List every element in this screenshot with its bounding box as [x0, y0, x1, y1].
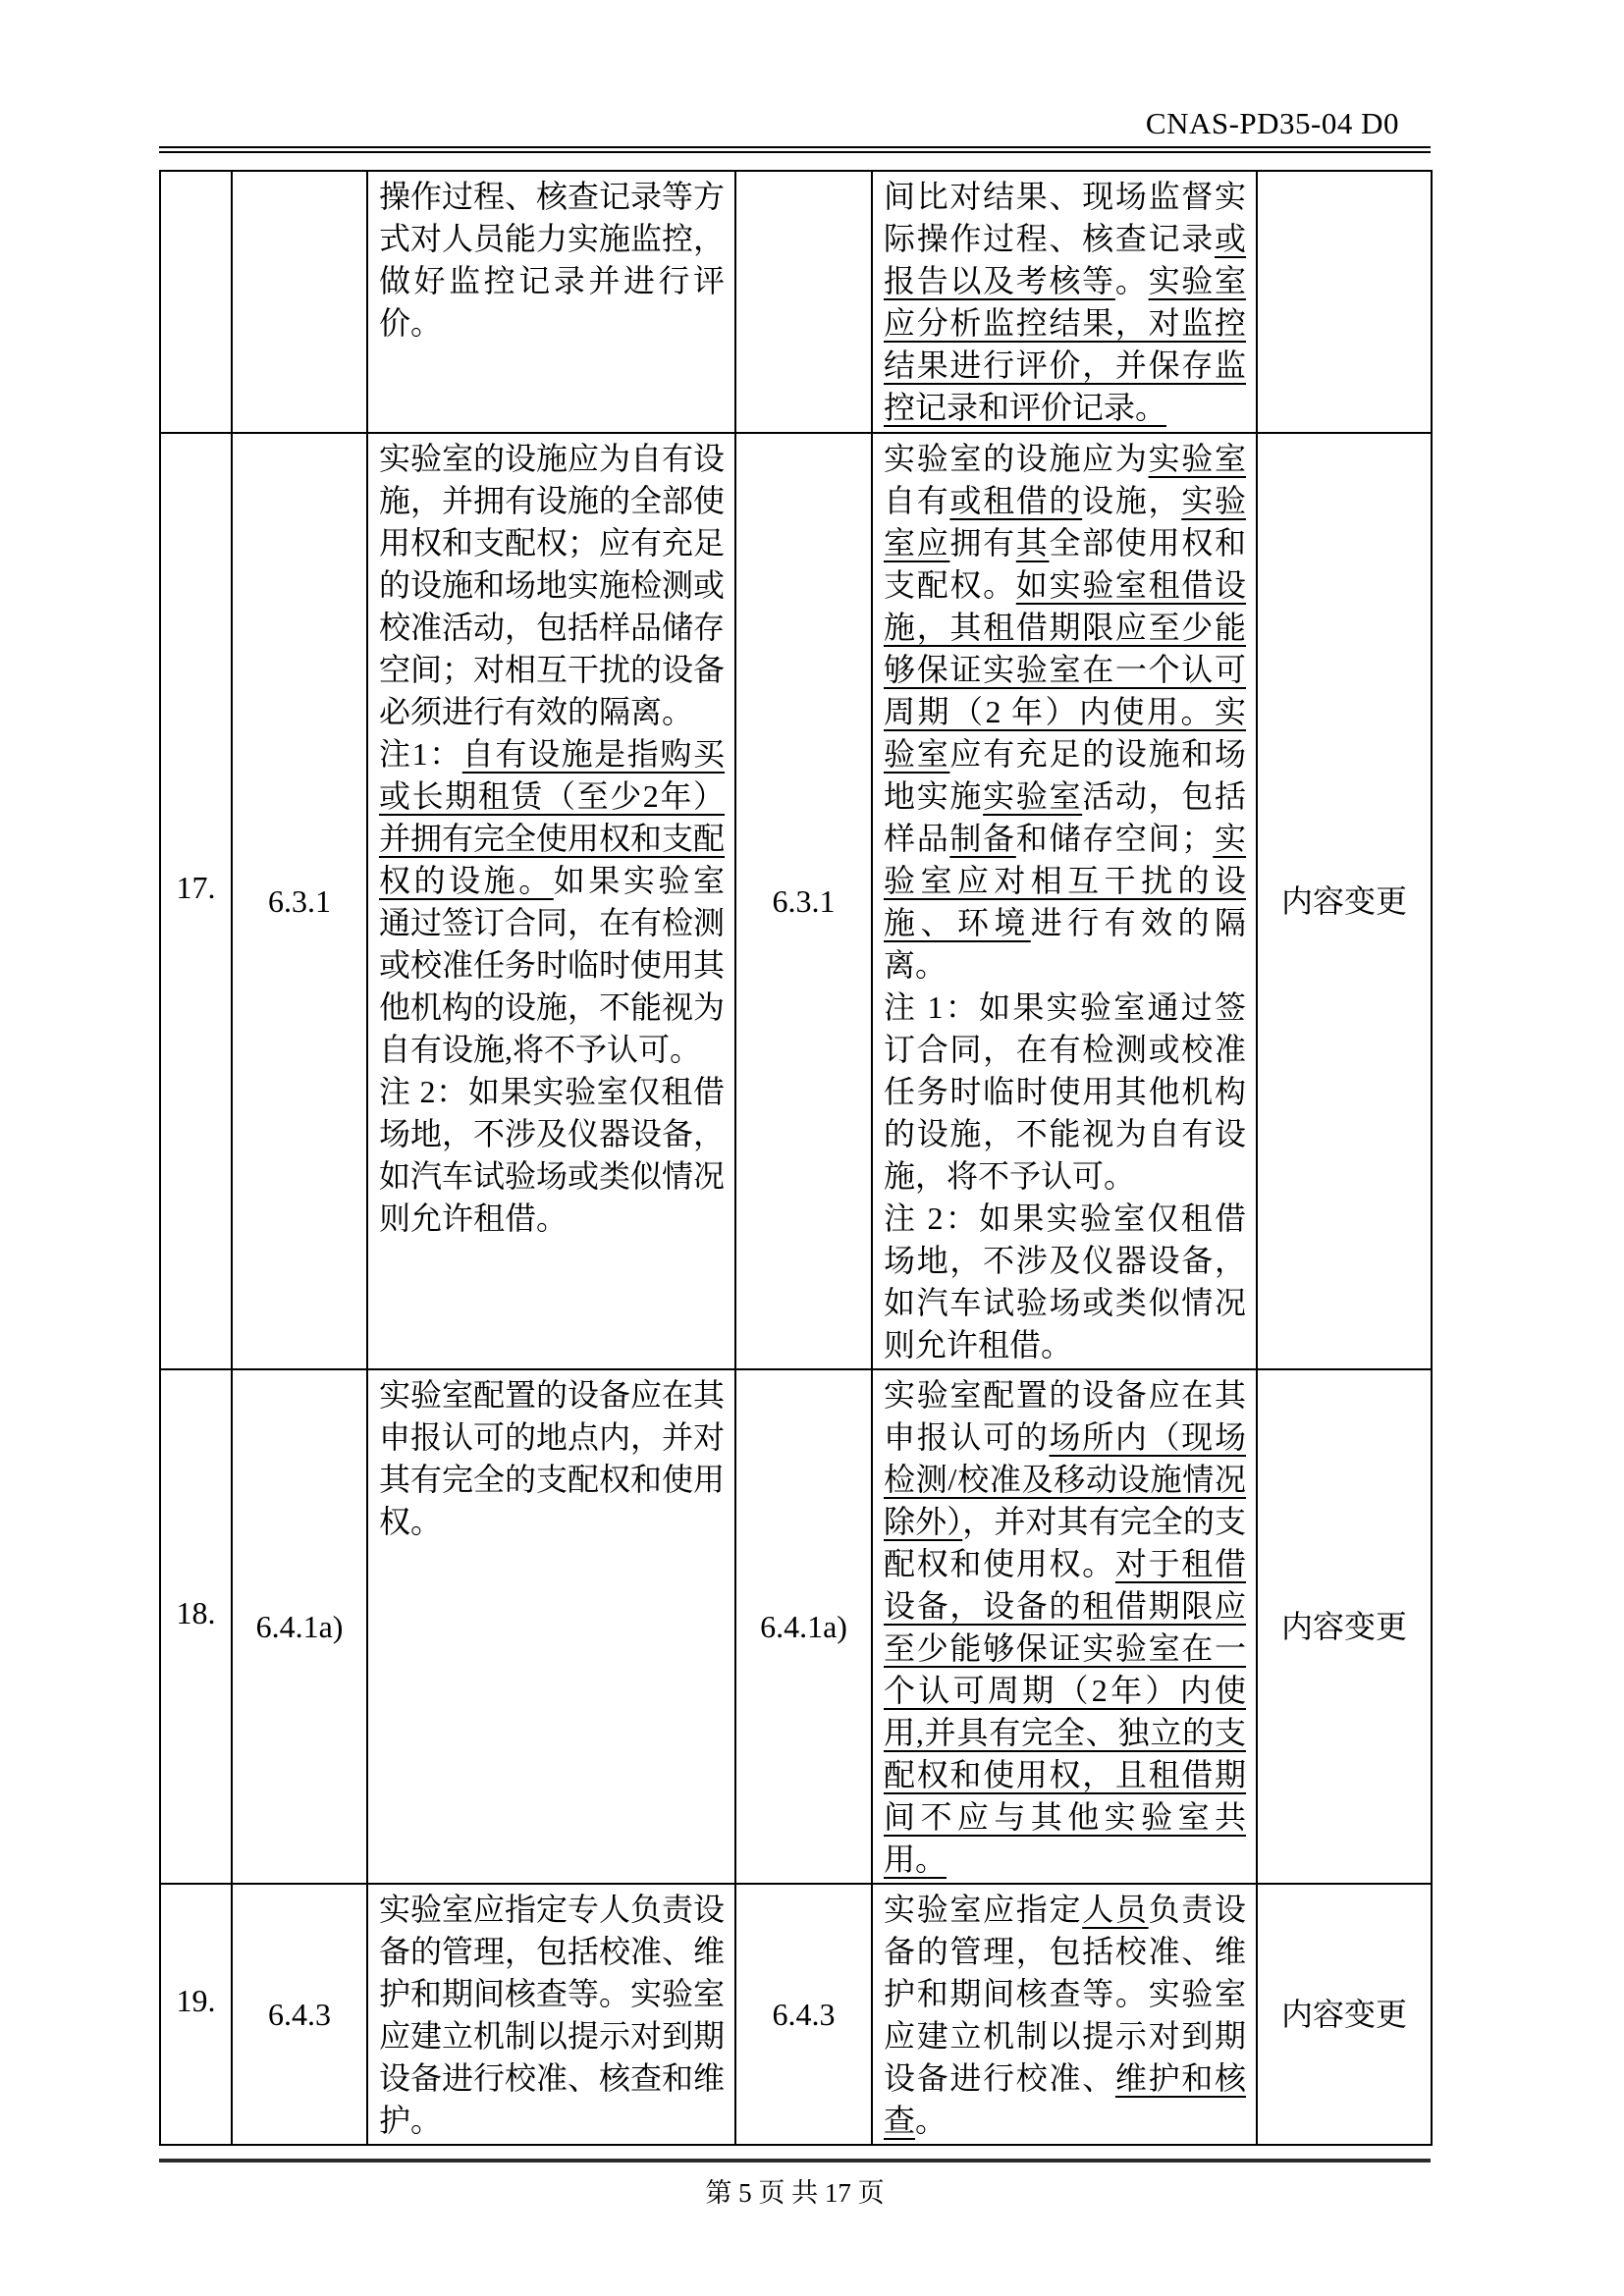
- new-text-cell: 间比对结果、现场监督实际操作过程、核查记录或报告以及考核等。实验室应分析监控结果…: [872, 171, 1257, 433]
- document-code: CNAS-PD35-04 D0: [159, 106, 1431, 141]
- new-text-cell: 实验室的设施应为实验室自有或租借的设施，实验室应拥有其全部使用权和支配权。如实验…: [872, 433, 1257, 1369]
- old-text-cell: 操作过程、核查记录等方式对人员能力实施监控，做好监控记录并进行评价。: [367, 171, 735, 433]
- row-number-cell: [160, 171, 232, 433]
- row-number: 18.: [177, 1595, 216, 1630]
- document-page: CNAS-PD35-04 D0 操作过程、核查记录等方式对人员能力实施监控，做好…: [0, 0, 1624, 2296]
- footer-rule: [159, 2159, 1431, 2163]
- new-text-cell: 实验室配置的设备应在其申报认可的场所内（现场检测/校准及移动设施情况除外），并对…: [872, 1369, 1257, 1884]
- status-cell: [1257, 171, 1432, 433]
- table-row: 17. 6.3.1 实验室的设施应为自有设施，并拥有设施的全部使用权和支配权；应…: [160, 433, 1432, 1369]
- old-text-cell: 实验室应指定专人负责设备的管理，包括校准、维护和期间核查等。实验室应建立机制以提…: [367, 1884, 735, 2145]
- table-row: 操作过程、核查记录等方式对人员能力实施监控，做好监控记录并进行评价。 间比对结果…: [160, 171, 1432, 433]
- page-number: 第 5 页 共 17 页: [159, 2171, 1431, 2210]
- old-clause-cell: [232, 171, 367, 433]
- status-cell: 内容变更: [1257, 1884, 1432, 2145]
- new-clause-cell: 6.4.3: [735, 1884, 872, 2145]
- new-clause-cell: 6.4.1a): [735, 1369, 872, 1884]
- new-clause-cell: [735, 171, 872, 433]
- row-number-cell: 19.: [160, 1884, 232, 2145]
- old-clause-cell: 6.3.1: [232, 433, 367, 1369]
- row-number: 17.: [177, 870, 216, 905]
- table-row: 18. 6.4.1a) 实验室配置的设备应在其申报认可的地点内，并对其有完全的支…: [160, 1369, 1432, 1884]
- row-number-cell: 18.: [160, 1369, 232, 1884]
- old-text-cell: 实验室的设施应为自有设施，并拥有设施的全部使用权和支配权；应有充足的设施和场地实…: [367, 433, 735, 1369]
- status-cell: 内容变更: [1257, 433, 1432, 1369]
- header-rule: [159, 146, 1431, 153]
- new-text-cell: 实验室应指定人员负责设备的管理，包括校准、维护和期间核查等。实验室应建立机制以提…: [872, 1884, 1257, 2145]
- status-cell: 内容变更: [1257, 1369, 1432, 1884]
- old-clause-cell: 6.4.3: [232, 1884, 367, 2145]
- row-number: 19.: [177, 1983, 216, 2018]
- comparison-table: 操作过程、核查记录等方式对人员能力实施监控，做好监控记录并进行评价。 间比对结果…: [159, 170, 1433, 2146]
- old-text-cell: 实验室配置的设备应在其申报认可的地点内，并对其有完全的支配权和使用权。: [367, 1369, 735, 1884]
- table-row: 19. 6.4.3 实验室应指定专人负责设备的管理，包括校准、维护和期间核查等。…: [160, 1884, 1432, 2145]
- old-clause-cell: 6.4.1a): [232, 1369, 367, 1884]
- new-clause-cell: 6.3.1: [735, 433, 872, 1369]
- row-number-cell: 17.: [160, 433, 232, 1369]
